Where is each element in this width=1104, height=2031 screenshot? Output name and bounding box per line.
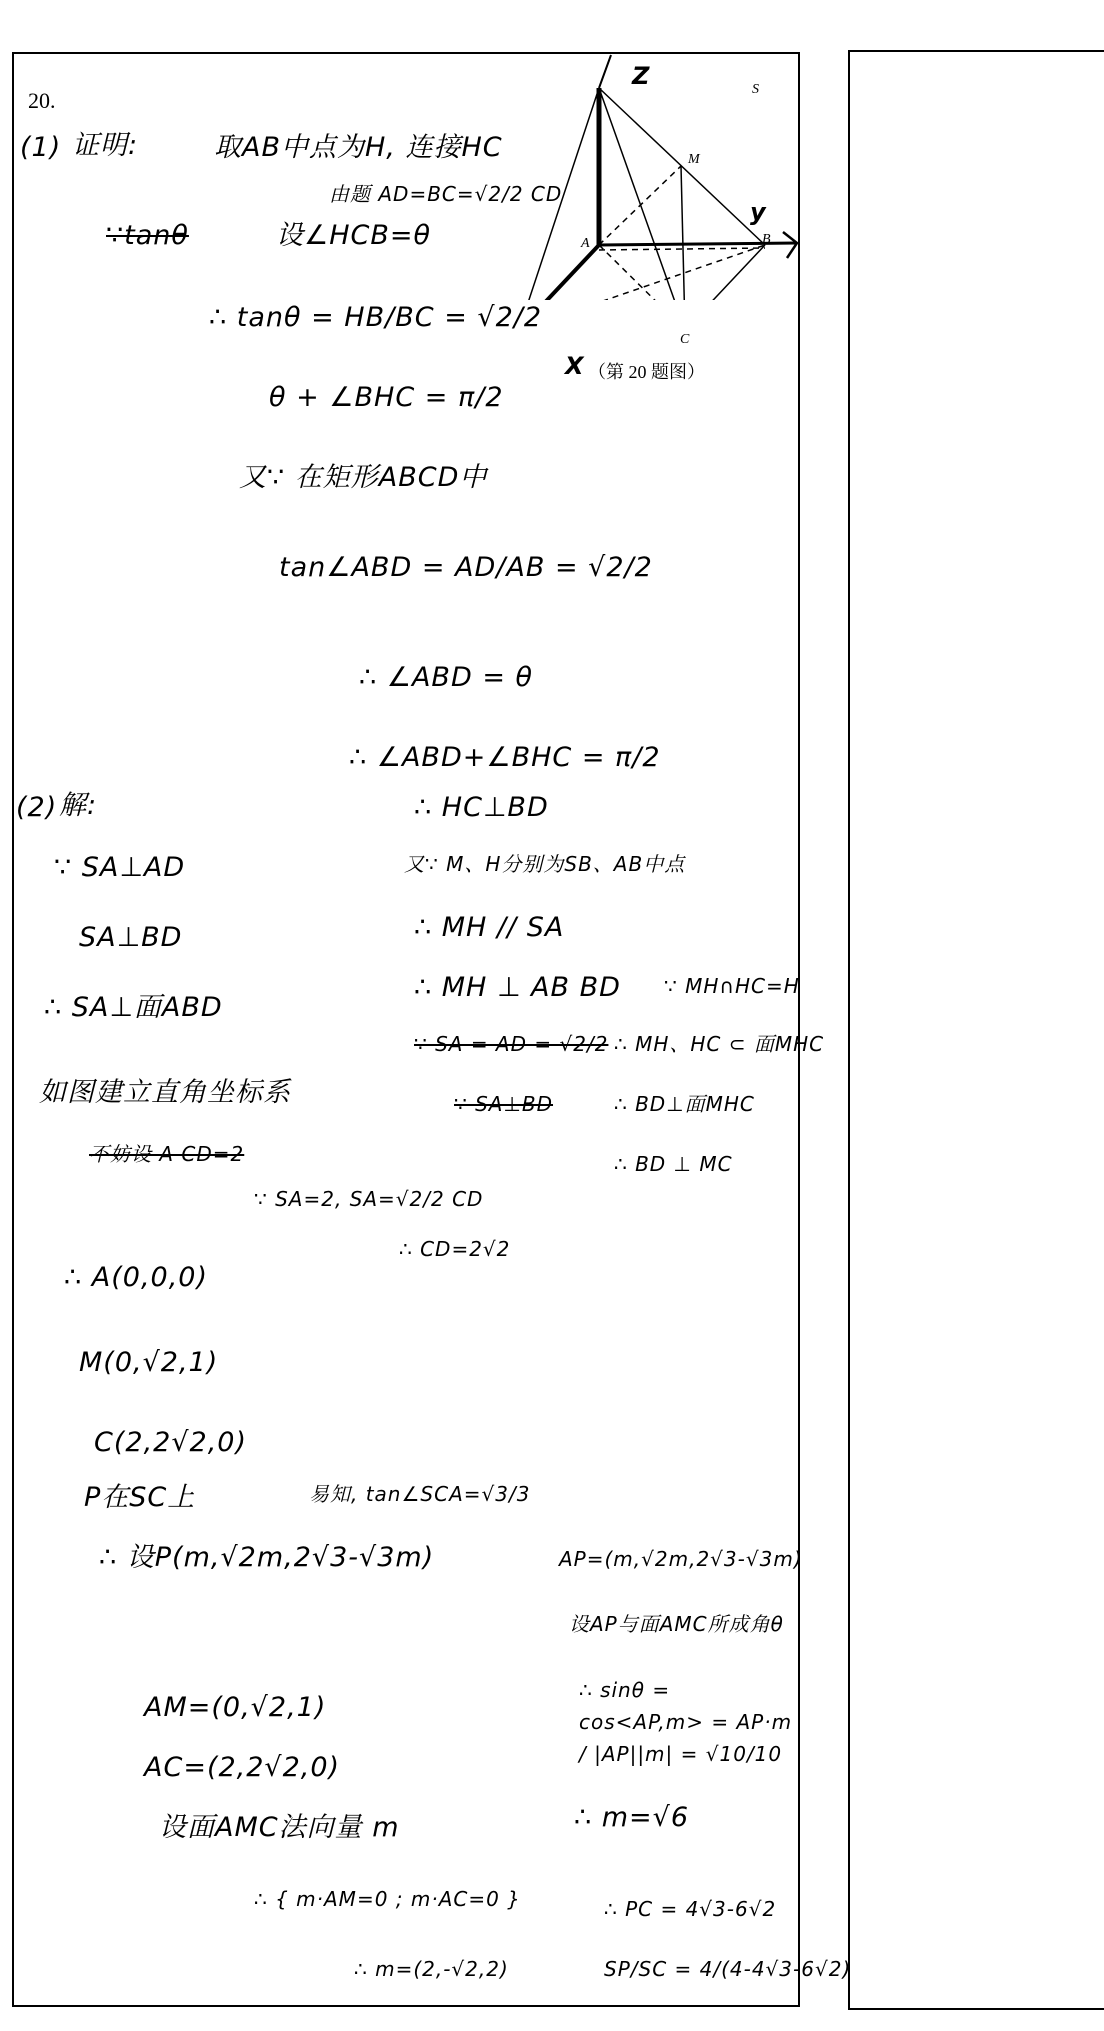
part1-line-10: ∴ ∠ABD+∠BHC = π/2 <box>349 744 661 771</box>
part2-heading: 解: <box>59 792 97 819</box>
part1-line-6: θ + ∠BHC = π/2 <box>269 384 504 411</box>
part1-line-3: ∵tanθ <box>106 222 189 249</box>
part1r-line-8: ∵ SA⊥BD <box>454 1094 553 1114</box>
part2-line-6: ∵ SA=2, SA=√2/2 CD <box>254 1189 483 1209</box>
part2-label: (2) <box>16 794 57 821</box>
part1-label: (1) <box>20 134 61 161</box>
part1r-line-7: ∴ MH、HC ⊂ 面MHC <box>614 1034 824 1054</box>
axis-label-x: X <box>565 352 584 380</box>
part1r-line-2: 又∵ M、H分别为SB、AB中点 <box>404 854 685 874</box>
vertex-label-s: S <box>752 82 759 98</box>
part1-line-1: 取AB中点为H, 连接HC <box>214 134 503 161</box>
part2-line-14: AP=(m,√2m,2√3-√3m) <box>559 1549 803 1569</box>
part1r-line-9: ∴ BD⊥面MHC <box>614 1094 755 1114</box>
question-number: 20. <box>28 88 56 114</box>
part1-line-4: 设∠HCB=θ <box>276 222 431 249</box>
vertex-label-b: B <box>762 232 771 248</box>
vertex-label-a: A <box>581 236 590 252</box>
part2-line-15: 设AP与面AMC所成角θ <box>569 1614 784 1634</box>
part2-line-23: ∴ PC = 4√3-6√2 <box>604 1899 776 1919</box>
part2-line-19: ∴ { m·AM=0 ; m·AC=0 } <box>254 1889 521 1909</box>
part2-line-11: P在SC上 <box>84 1484 195 1511</box>
part2-line-10: C(2,2√2,0) <box>94 1429 247 1456</box>
part2-line-2: SA⊥BD <box>79 924 182 951</box>
part1r-line-4: ∴ MH ⊥ AB BD <box>414 974 621 1001</box>
adjacent-answer-box <box>848 50 1104 2010</box>
part2-line-4: 如图建立直角坐标系 <box>39 1079 291 1106</box>
part2-line-16: AM=(0,√2,1) <box>144 1694 326 1721</box>
part2-line-13: ∴ 设P(m,√2m,2√3-√3m) <box>99 1544 434 1571</box>
part1-line-8: tan∠ABD = AD/AB = √2/2 <box>279 554 653 581</box>
axis-label-y: y <box>750 198 766 226</box>
part1-line-9: ∴ ∠ABD = θ <box>359 664 533 691</box>
part2-line-5: 不妨设 A CD=2 <box>89 1144 244 1164</box>
part2-line-9: M(0,√2,1) <box>79 1349 218 1376</box>
part2-line-18: 设面AMC法向量 m <box>159 1814 400 1841</box>
part2-line-24: SP/SC = 4/(4-4√3-6√2) <box>604 1959 851 1979</box>
vertex-label-c: C <box>680 332 689 348</box>
part2-line-7: ∴ CD=2√2 <box>399 1239 510 1259</box>
part1r-line-1: ∴ HC⊥BD <box>414 794 549 821</box>
axis-label-z: Z <box>632 62 649 90</box>
part1-heading: 证明: <box>72 132 138 159</box>
part2-line-3: ∴ SA⊥面ABD <box>44 994 223 1021</box>
part1r-line-6: ∵ SA = AD = √2/2 <box>414 1034 608 1054</box>
part2-line-1: ∵ SA⊥AD <box>54 854 185 881</box>
part1-line-5: ∴ tanθ = HB/BC = √2/2 <box>209 304 542 331</box>
part2-line-12: 易知, tan∠SCA=√3/3 <box>309 1484 530 1504</box>
part1r-line-10: ∴ BD ⊥ MC <box>614 1154 733 1174</box>
part1-line-7: 又∵ 在矩形ABCD中 <box>239 464 487 491</box>
part2-line-17: AC=(2,2√2,0) <box>144 1754 340 1781</box>
figure-caption: （第 20 题图） <box>588 358 705 384</box>
part2-line-22: ∴ m=√6 <box>574 1804 689 1831</box>
vertex-label-m: M <box>688 152 700 168</box>
part1r-line-3: ∴ MH // SA <box>414 914 564 941</box>
part1r-line-5: ∵ MH∩HC=H <box>664 976 800 996</box>
part2-line-8: ∴ A(0,0,0) <box>64 1264 208 1291</box>
part2-line-20: ∴ m=(2,-√2,2) <box>354 1959 509 1979</box>
part2-line-21: ∴ sinθ = cos<AP,m> = AP·m / |AP||m| = √1… <box>579 1674 799 1770</box>
pyramid-figure <box>505 0 805 300</box>
